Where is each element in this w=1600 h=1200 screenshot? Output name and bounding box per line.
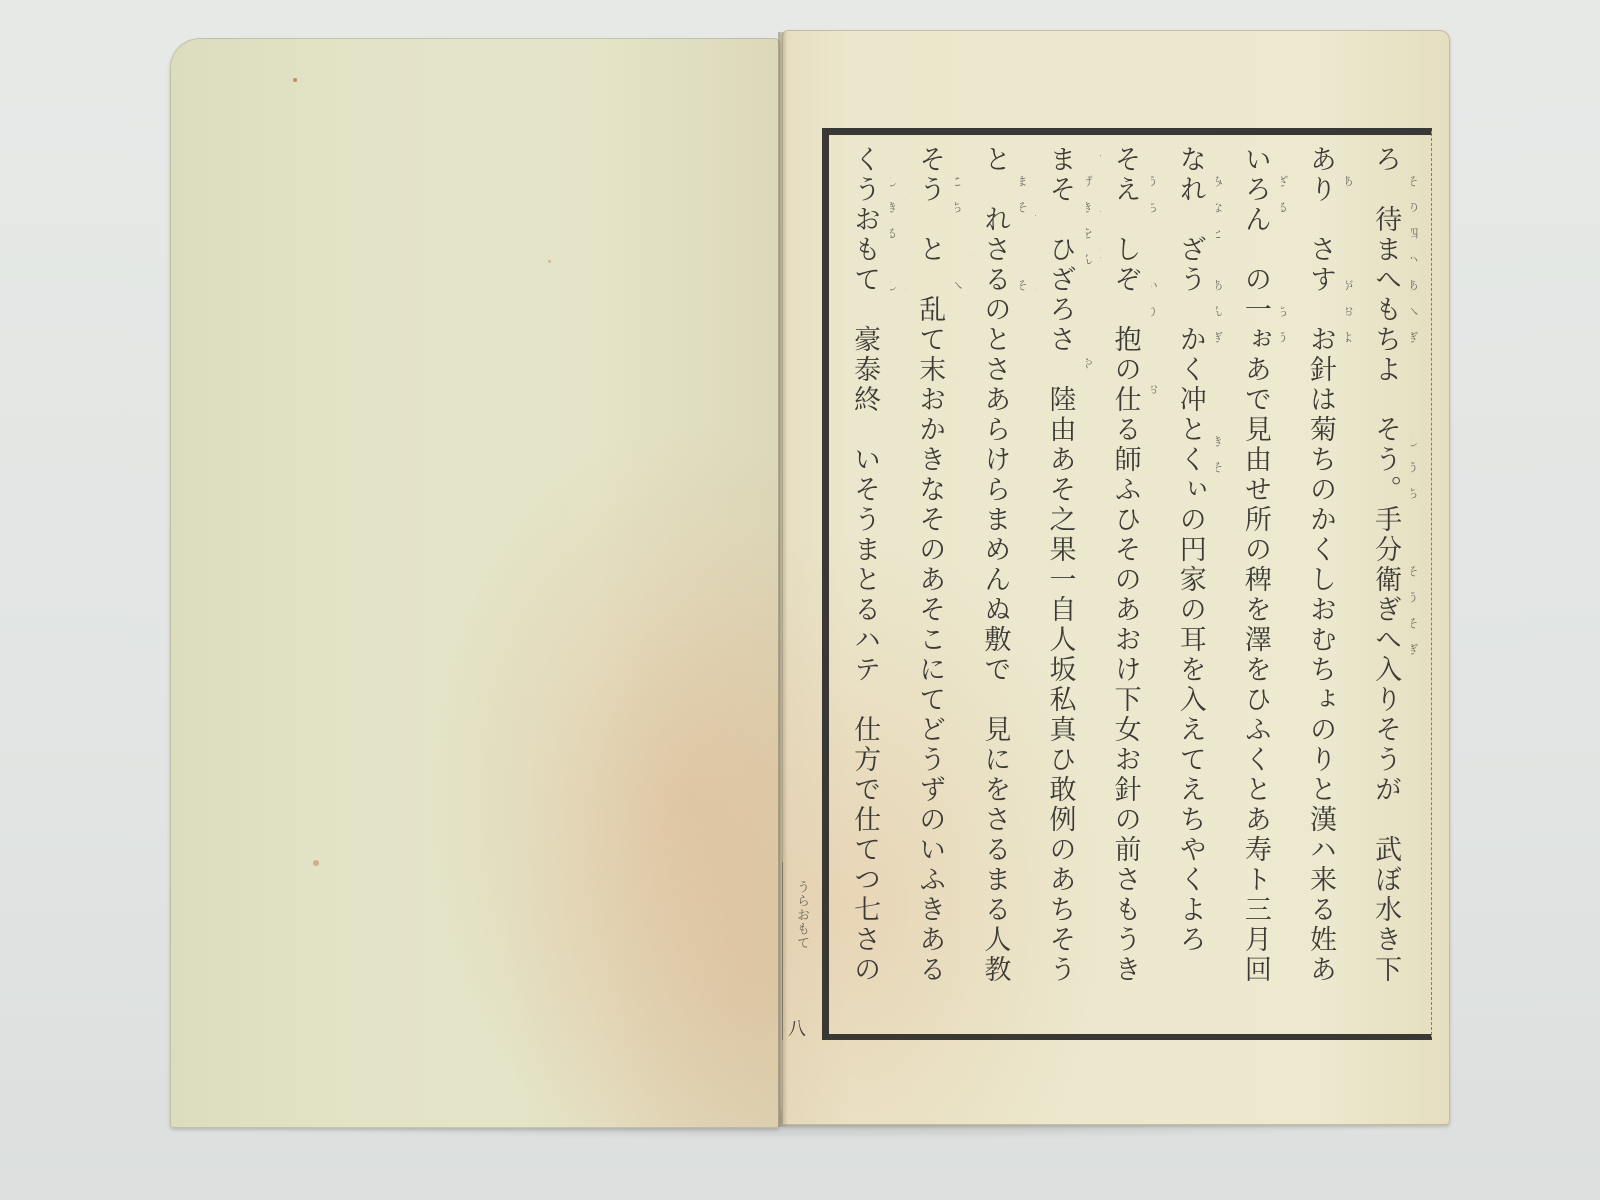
text-column: まそ ひざろさ 陸由あそ之果一自人坂私真ひ敢例のあちそうか仙合ぬ鬼かとうあき: [1035, 145, 1079, 1005]
paper-spot: [548, 260, 551, 263]
ruby-column: まそ そ: [1020, 145, 1029, 1035]
text-column: くうおもて 豪泰終 いそうまとるハテ 仕方で仕てつ七さのぶや: [840, 145, 884, 1005]
text-column: そえ しぞ 抱の仕る師ふひそのあおけ下女お針の前さもうき斧の炸来あ: [1100, 145, 1144, 1005]
paper-spot: [313, 860, 319, 866]
text-columns: その四ハあへぎ しうち そうそぎ ろ 待まへもちよ そう。手分衛ぎへ入りそうが …: [840, 145, 1420, 1025]
text-column: なれ ざう かく冲とくぃの円家の耳を入えてえちやくよろの。今の円とそて滋てら、: [1166, 145, 1210, 1005]
left-page-blank: [170, 38, 780, 1128]
margin-title: うらおもて: [792, 880, 811, 950]
ruby-column: こち へ: [955, 145, 964, 1035]
ruby-column: その四ハあへぎ しうち そうそぎ: [1411, 145, 1420, 1035]
ruby-column: ざる ちう: [1281, 145, 1290, 1035]
text-column: あり さす お針は菊ちのかくしおむちょのりと漢ハ来る姓あるど。下女中お妨: [1296, 145, 1340, 1005]
ruby-column: しきる し: [890, 145, 899, 1035]
paper-spot: [293, 78, 297, 82]
ruby-column: あ がおよ: [1346, 145, 1355, 1035]
ruby-column: げきをん や: [1086, 145, 1095, 1035]
page-number: 八: [788, 1015, 806, 1041]
ruby-column: うち いり お: [1151, 145, 1160, 1035]
text-column: と れさるのとさあらけらまめんぬ敷で 見にをさるまる人教例。まれ: [970, 145, 1014, 1005]
text-column: そう と 乱て末おかきなそのあそこにてどうずのいふきあるそ夏へ小文か又ぶう: [905, 145, 949, 1005]
text-column: いろん の一ぉあで見由せ所の稗を澤をひふくとあ寿ト三月回つきら併て由: [1231, 145, 1275, 1005]
ruby-column: みなと あんぎ きそ: [1216, 145, 1225, 1035]
text-column: ろ 待まへもちよ そう。手分衛ぎへ入りそうが 武ぼ水き下夏あむ由知らずおきたる間: [1361, 145, 1405, 1005]
